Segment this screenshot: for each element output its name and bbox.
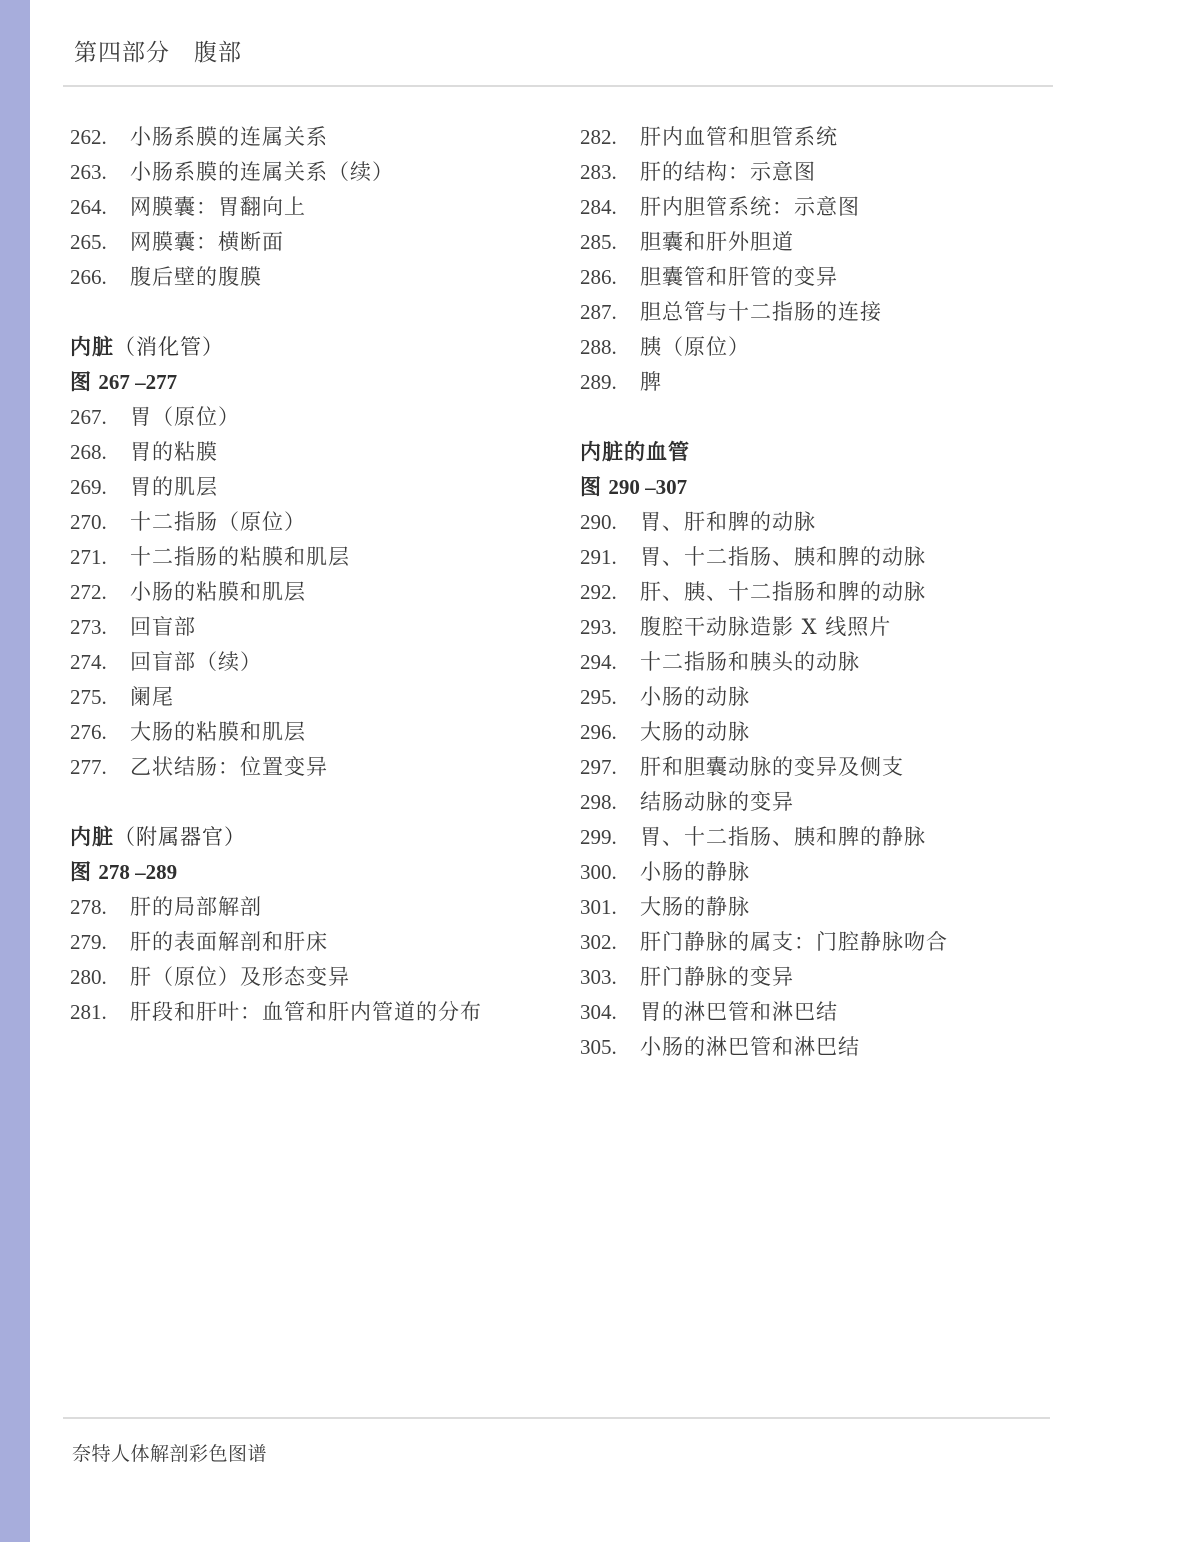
entry-number: 267. bbox=[70, 400, 130, 435]
toc-entry[interactable]: 278.肝的局部解剖 bbox=[70, 890, 550, 925]
entry-number: 273. bbox=[70, 610, 130, 645]
toc-entry[interactable]: 305.小肠的淋巴管和淋巴结 bbox=[580, 1030, 1060, 1065]
toc-entry[interactable]: 283.肝的结构：示意图 bbox=[580, 155, 1060, 190]
toc-section-visceral-vessels: 内脏的血管 图 290 –307 290.胃、肝和脾的动脉 291.胃、十二指肠… bbox=[580, 435, 1060, 1065]
entry-number: 277. bbox=[70, 750, 130, 785]
entry-number: 278. bbox=[70, 890, 130, 925]
entry-number: 271. bbox=[70, 540, 130, 575]
toc-entry[interactable]: 269.胃的肌层 bbox=[70, 470, 550, 505]
entry-title: 肝（原位）及形态变异 bbox=[130, 960, 350, 995]
spacer bbox=[70, 785, 550, 820]
entry-number: 275. bbox=[70, 680, 130, 715]
entry-number: 287. bbox=[580, 295, 640, 330]
entry-number: 291. bbox=[580, 540, 640, 575]
entry-title: 回盲部 bbox=[130, 610, 196, 645]
entry-title: 肝的表面解剖和肝床 bbox=[130, 925, 328, 960]
toc-entry[interactable]: 279.肝的表面解剖和肝床 bbox=[70, 925, 550, 960]
toc-entry[interactable]: 268.胃的粘膜 bbox=[70, 435, 550, 470]
spacer bbox=[70, 295, 550, 330]
entry-number: 303. bbox=[580, 960, 640, 995]
entry-number: 284. bbox=[580, 190, 640, 225]
toc-entry[interactable]: 301.大肠的静脉 bbox=[580, 890, 1060, 925]
toc-entry[interactable]: 284.肝内胆管系统：示意图 bbox=[580, 190, 1060, 225]
entry-title: 肝门静脉的变异 bbox=[640, 960, 794, 995]
toc-entry[interactable]: 271.十二指肠的粘膜和肌层 bbox=[70, 540, 550, 575]
entry-number: 294. bbox=[580, 645, 640, 680]
entry-title: 十二指肠和胰头的动脉 bbox=[640, 645, 860, 680]
toc-group-peritoneum: 262.小肠系膜的连属关系 263.小肠系膜的连属关系（续） 264.网膜囊：胃… bbox=[70, 120, 550, 295]
entry-title: 小肠的粘膜和肌层 bbox=[130, 575, 306, 610]
toc-entry[interactable]: 295.小肠的动脉 bbox=[580, 680, 1060, 715]
entry-title: 胃的粘膜 bbox=[130, 435, 218, 470]
entry-number: 279. bbox=[70, 925, 130, 960]
entry-title: 肝门静脉的属支：门腔静脉吻合 bbox=[640, 925, 948, 960]
toc-entry[interactable]: 290.胃、肝和脾的动脉 bbox=[580, 505, 1060, 540]
toc-entry[interactable]: 277.乙状结肠：位置变异 bbox=[70, 750, 550, 785]
entry-title: 肝内胆管系统：示意图 bbox=[640, 190, 860, 225]
figure-range-prefix: 图 bbox=[580, 475, 608, 499]
entry-title: 胃、十二指肠、胰和脾的动脉 bbox=[640, 540, 926, 575]
section-heading: 内脏（消化管） bbox=[70, 330, 550, 365]
entry-number: 297. bbox=[580, 750, 640, 785]
entry-number: 266. bbox=[70, 260, 130, 295]
section-heading-main: 内脏 bbox=[70, 335, 114, 359]
section-heading-paren: （消化管） bbox=[114, 335, 224, 359]
entry-title: 阑尾 bbox=[130, 680, 174, 715]
entry-title: 腹后壁的腹膜 bbox=[130, 260, 262, 295]
entry-number: 290. bbox=[580, 505, 640, 540]
toc-entry[interactable]: 300.小肠的静脉 bbox=[580, 855, 1060, 890]
figure-range: 图 278 –289 bbox=[70, 855, 550, 890]
toc-entry[interactable]: 292.肝、胰、十二指肠和脾的动脉 bbox=[580, 575, 1060, 610]
entry-number: 296. bbox=[580, 715, 640, 750]
entry-title: 胃的肌层 bbox=[130, 470, 218, 505]
entry-title: 胃、肝和脾的动脉 bbox=[640, 505, 816, 540]
entry-title: 肝内血管和胆管系统 bbox=[640, 120, 838, 155]
entry-number: 285. bbox=[580, 225, 640, 260]
entry-number: 276. bbox=[70, 715, 130, 750]
toc-entry[interactable]: 265.网膜囊：横断面 bbox=[70, 225, 550, 260]
entry-number: 305. bbox=[580, 1030, 640, 1065]
toc-entry[interactable]: 273.回盲部 bbox=[70, 610, 550, 645]
toc-entry[interactable]: 293.腹腔干动脉造影 X 线照片 bbox=[580, 610, 1060, 645]
toc-entry[interactable]: 298.结肠动脉的变异 bbox=[580, 785, 1060, 820]
section-heading-paren: （附属器官） bbox=[114, 825, 246, 849]
entry-number: 288. bbox=[580, 330, 640, 365]
toc-entry[interactable]: 304.胃的淋巴管和淋巴结 bbox=[580, 995, 1060, 1030]
entry-number: 293. bbox=[580, 610, 640, 645]
toc-entry[interactable]: 291.胃、十二指肠、胰和脾的动脉 bbox=[580, 540, 1060, 575]
toc-entry[interactable]: 270.十二指肠（原位） bbox=[70, 505, 550, 540]
toc-section-accessory-organs: 内脏（附属器官） 图 278 –289 278.肝的局部解剖 279.肝的表面解… bbox=[70, 820, 550, 1030]
entry-title: 大肠的动脉 bbox=[640, 715, 750, 750]
toc-entry[interactable]: 272.小肠的粘膜和肌层 bbox=[70, 575, 550, 610]
toc-entry[interactable]: 302.肝门静脉的属支：门腔静脉吻合 bbox=[580, 925, 1060, 960]
entry-number: 299. bbox=[580, 820, 640, 855]
entry-number: 302. bbox=[580, 925, 640, 960]
header-divider bbox=[63, 85, 1053, 87]
toc-entry[interactable]: 263.小肠系膜的连属关系（续） bbox=[70, 155, 550, 190]
footer-divider bbox=[63, 1417, 1050, 1419]
entry-number: 300. bbox=[580, 855, 640, 890]
section-heading: 内脏的血管 bbox=[580, 435, 1060, 470]
toc-entry[interactable]: 266.腹后壁的腹膜 bbox=[70, 260, 550, 295]
toc-left-column: 262.小肠系膜的连属关系 263.小肠系膜的连属关系（续） 264.网膜囊：胃… bbox=[70, 120, 550, 1030]
toc-entry[interactable]: 303.肝门静脉的变异 bbox=[580, 960, 1060, 995]
entry-number: 269. bbox=[70, 470, 130, 505]
entry-number: 282. bbox=[580, 120, 640, 155]
entry-title: 肝的局部解剖 bbox=[130, 890, 262, 925]
entry-number: 263. bbox=[70, 155, 130, 190]
entry-number: 286. bbox=[580, 260, 640, 295]
entry-number: 272. bbox=[70, 575, 130, 610]
figure-range-numbers: 290 –307 bbox=[608, 475, 687, 499]
entry-title: 十二指肠的粘膜和肌层 bbox=[130, 540, 350, 575]
section-heading-main: 内脏的血管 bbox=[580, 440, 690, 464]
entry-title: 肝和胆囊动脉的变异及侧支 bbox=[640, 750, 904, 785]
part-header: 第四部分 腹部 bbox=[74, 34, 242, 67]
entry-title: 十二指肠（原位） bbox=[130, 505, 306, 540]
entry-number: 292. bbox=[580, 575, 640, 610]
entry-title: 胰（原位） bbox=[640, 330, 750, 365]
entry-number: 281. bbox=[70, 995, 130, 1030]
entry-title: 结肠动脉的变异 bbox=[640, 785, 794, 820]
entry-title: 网膜囊：胃翻向上 bbox=[130, 190, 306, 225]
figure-range-numbers: 278 –289 bbox=[98, 860, 177, 884]
section-heading-main: 内脏 bbox=[70, 825, 114, 849]
entry-title: 小肠的动脉 bbox=[640, 680, 750, 715]
section-heading: 内脏（附属器官） bbox=[70, 820, 550, 855]
toc-entry[interactable]: 287.胆总管与十二指肠的连接 bbox=[580, 295, 1060, 330]
entry-title: 胆囊和肝外胆道 bbox=[640, 225, 794, 260]
entry-title: 肝、胰、十二指肠和脾的动脉 bbox=[640, 575, 926, 610]
entry-number: 289. bbox=[580, 365, 640, 400]
entry-number: 298. bbox=[580, 785, 640, 820]
entry-number: 264. bbox=[70, 190, 130, 225]
entry-number: 274. bbox=[70, 645, 130, 680]
toc-entry[interactable]: 285.胆囊和肝外胆道 bbox=[580, 225, 1060, 260]
spacer bbox=[580, 400, 1060, 435]
toc-entry[interactable]: 262.小肠系膜的连属关系 bbox=[70, 120, 550, 155]
entry-title: 胆总管与十二指肠的连接 bbox=[640, 295, 882, 330]
figure-range: 图 267 –277 bbox=[70, 365, 550, 400]
toc-entry[interactable]: 276.大肠的粘膜和肌层 bbox=[70, 715, 550, 750]
toc-entry[interactable]: 280.肝（原位）及形态变异 bbox=[70, 960, 550, 995]
toc-right-column: 282.肝内血管和胆管系统 283.肝的结构：示意图 284.肝内胆管系统：示意… bbox=[580, 120, 1060, 1065]
toc-entry[interactable]: 282.肝内血管和胆管系统 bbox=[580, 120, 1060, 155]
toc-group-liver-biliary: 282.肝内血管和胆管系统 283.肝的结构：示意图 284.肝内胆管系统：示意… bbox=[580, 120, 1060, 400]
entry-title: 小肠系膜的连属关系 bbox=[130, 120, 328, 155]
toc-entry[interactable]: 286.胆囊管和肝管的变异 bbox=[580, 260, 1060, 295]
figure-range-numbers: 267 –277 bbox=[98, 370, 177, 394]
toc-entry[interactable]: 274.回盲部（续） bbox=[70, 645, 550, 680]
toc-entry[interactable]: 289.脾 bbox=[580, 365, 1060, 400]
toc-entry[interactable]: 267.胃（原位） bbox=[70, 400, 550, 435]
entry-title: 胃的淋巴管和淋巴结 bbox=[640, 995, 838, 1030]
entry-number: 304. bbox=[580, 995, 640, 1030]
entry-number: 280. bbox=[70, 960, 130, 995]
entry-title: 肝的结构：示意图 bbox=[640, 155, 816, 190]
entry-number: 283. bbox=[580, 155, 640, 190]
entry-title: 肝段和肝叶：血管和肝内管道的分布 bbox=[130, 995, 482, 1030]
entry-title: 回盲部（续） bbox=[130, 645, 262, 680]
toc-section-digestive-tract: 内脏（消化管） 图 267 –277 267.胃（原位） 268.胃的粘膜 26… bbox=[70, 330, 550, 785]
book-title-footer: 奈特人体解剖彩色图谱 bbox=[72, 1439, 267, 1466]
toc-entry[interactable]: 264.网膜囊：胃翻向上 bbox=[70, 190, 550, 225]
entry-title: 胃（原位） bbox=[130, 400, 240, 435]
entry-title: 小肠系膜的连属关系（续） bbox=[130, 155, 394, 190]
figure-range-prefix: 图 bbox=[70, 370, 98, 394]
entry-title: 乙状结肠：位置变异 bbox=[130, 750, 328, 785]
entry-title: 大肠的粘膜和肌层 bbox=[130, 715, 306, 750]
entry-title: 胆囊管和肝管的变异 bbox=[640, 260, 838, 295]
toc-entry[interactable]: 275.阑尾 bbox=[70, 680, 550, 715]
entry-title: 大肠的静脉 bbox=[640, 890, 750, 925]
figure-range-prefix: 图 bbox=[70, 860, 98, 884]
entry-title: 胃、十二指肠、胰和脾的静脉 bbox=[640, 820, 926, 855]
toc-entry[interactable]: 296.大肠的动脉 bbox=[580, 715, 1060, 750]
toc-entry[interactable]: 288.胰（原位） bbox=[580, 330, 1060, 365]
page-edge-color-strip bbox=[0, 0, 30, 1542]
entry-number: 270. bbox=[70, 505, 130, 540]
entry-number: 268. bbox=[70, 435, 130, 470]
entry-title: 小肠的静脉 bbox=[640, 855, 750, 890]
entry-title: 脾 bbox=[640, 365, 662, 400]
entry-title: 小肠的淋巴管和淋巴结 bbox=[640, 1030, 860, 1065]
entry-number: 262. bbox=[70, 120, 130, 155]
toc-entry[interactable]: 299.胃、十二指肠、胰和脾的静脉 bbox=[580, 820, 1060, 855]
entry-title: 网膜囊：横断面 bbox=[130, 225, 284, 260]
toc-entry[interactable]: 297.肝和胆囊动脉的变异及侧支 bbox=[580, 750, 1060, 785]
entry-title: 腹腔干动脉造影 X 线照片 bbox=[640, 610, 891, 645]
entry-number: 265. bbox=[70, 225, 130, 260]
entry-number: 301. bbox=[580, 890, 640, 925]
toc-entry[interactable]: 294.十二指肠和胰头的动脉 bbox=[580, 645, 1060, 680]
toc-entry[interactable]: 281.肝段和肝叶：血管和肝内管道的分布 bbox=[70, 995, 550, 1030]
entry-number: 295. bbox=[580, 680, 640, 715]
figure-range: 图 290 –307 bbox=[580, 470, 1060, 505]
